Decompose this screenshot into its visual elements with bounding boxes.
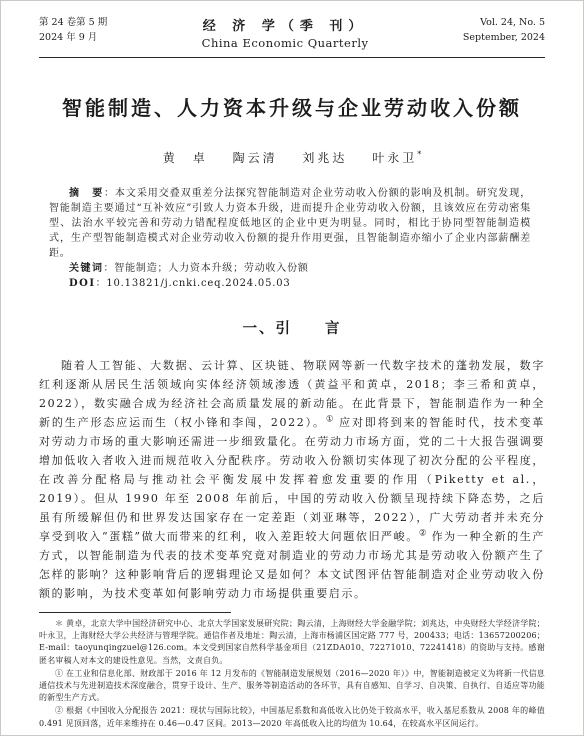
footnotes-block: ＊ 黄卓，北京大学中国经济研究中心、北京大学国家发展研究院；陶云清，上海财经大学…: [39, 618, 545, 730]
journal-header-left: 第 24 卷第 5 期 2024 年 9 月: [39, 15, 107, 45]
body-text-part2: 应对即将到来的智能时代，技术变革对劳动力市场的重大影响还需进一步细致量化。在劳动…: [39, 416, 545, 543]
footnote-2: ② 根据《中国收入分配报告 2021：现状与国际比较》，中国基尼系数和高低收入比…: [39, 705, 545, 729]
author-name: 黄 卓: [163, 151, 208, 165]
journal-volume-issue-cn: 第 24 卷第 5 期: [39, 15, 107, 30]
author-name-text: 叶永卫: [372, 151, 417, 165]
author-name: 叶永卫*: [372, 151, 421, 165]
abstract-paragraph: 摘 要：本文采用交叠双重差分法探究智能制造对企业劳动收入份额的影响及机制。研究发…: [49, 186, 531, 261]
header-divider: [39, 57, 545, 58]
footnote-1: ① 在工业和信息化部、财政部于 2016 年 12 月发布的《智能制造发展规划（…: [39, 668, 545, 705]
abstract-text: ：本文采用交叠双重差分法探究智能制造对企业劳动收入份额的影响及机制。研究发现，智…: [49, 188, 531, 259]
keywords-label: 关键词: [69, 263, 104, 274]
author-line: 黄 卓 陶云清 刘兆达 叶永卫*: [39, 149, 545, 166]
journal-header-center: 经 济 学（季 刊） China Economic Quarterly: [107, 15, 463, 50]
keywords-line: 关键词：智能制造；人力资本升级；劳动收入份额: [49, 261, 531, 276]
doi-label: DOI: [69, 278, 96, 289]
journal-header: 第 24 卷第 5 期 2024 年 9 月 经 济 学（季 刊） China …: [39, 15, 545, 50]
keywords-text: ：智能制造；人力资本升级；劳动收入份额: [104, 263, 309, 274]
author-note-marker: *: [417, 150, 421, 159]
author-name: 陶云清: [233, 151, 278, 165]
footnote-marker-1: ①: [326, 414, 334, 424]
abstract-label: 摘 要: [69, 188, 104, 199]
paper-page: 第 24 卷第 5 期 2024 年 9 月 经 济 学（季 刊） China …: [0, 0, 584, 736]
journal-title-en: China Economic Quarterly: [107, 36, 463, 50]
body-paragraph: 随着人工智能、大数据、云计算、区块链、物联网等新一代数字技术的蓬勃发展，数字红利…: [39, 356, 545, 603]
abstract-block: 摘 要：本文采用交叠双重差分法探究智能制造对企业劳动收入份额的影响及机制。研究发…: [49, 186, 531, 291]
journal-date-en: September, 2024: [463, 30, 545, 45]
journal-header-right: Vol. 24, No. 5 September, 2024: [463, 15, 545, 45]
journal-volume-issue-en: Vol. 24, No. 5: [463, 15, 545, 30]
journal-title-cn: 经 济 学（季 刊）: [107, 15, 463, 34]
author-name: 刘兆达: [302, 151, 347, 165]
article-title: 智能制造、人力资本升级与企业劳动收入份额: [39, 92, 545, 121]
footnote-divider: [39, 612, 231, 613]
footnote-author-affiliations: ＊ 黄卓，北京大学中国经济研究中心、北京大学国家发展研究院；陶云清，上海财经大学…: [39, 618, 545, 667]
doi-text: ：10.13821/j.cnki.ceq.2024.05.03: [96, 278, 291, 289]
journal-date-cn: 2024 年 9 月: [39, 30, 107, 45]
section-heading-introduction: 一、引 言: [39, 317, 545, 338]
doi-line: DOI：10.13821/j.cnki.ceq.2024.05.03: [49, 276, 531, 291]
